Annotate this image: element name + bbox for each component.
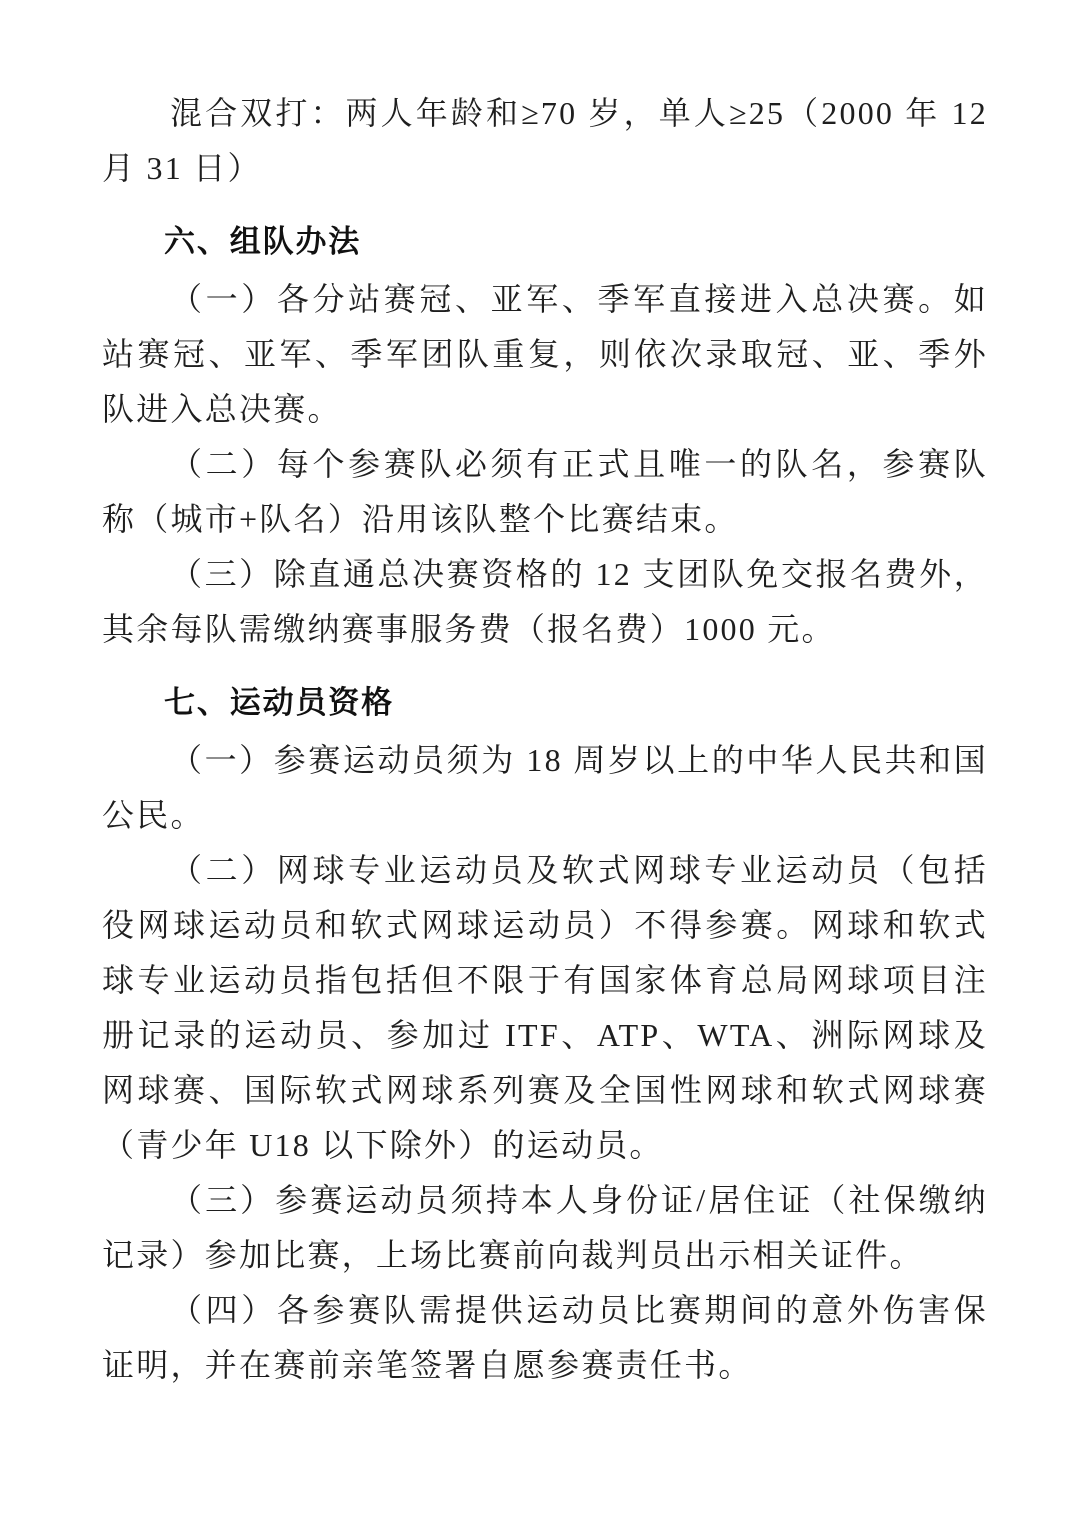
text-line: 公民。 xyxy=(102,788,988,843)
paragraph-mixed-doubles-rule: 混合双打：两人年龄和≥70 岁，单人≥25（2000 年 12 月 31 日） xyxy=(102,86,988,196)
text-line: 混合双打：两人年龄和≥70 岁，单人≥25（2000 年 12 xyxy=(102,86,988,141)
text-line: 役网球运动员和软式网球运动员）不得参赛。网球和软式网 xyxy=(102,898,988,953)
paragraph-team-rule-3: （三）除直通总决赛资格的 12 支团队免交报名费外， 其余每队需缴纳赛事服务费（… xyxy=(102,547,988,657)
text-line: 站赛冠、亚军、季军团队重复，则依次录取冠、亚、季外团 xyxy=(102,327,988,382)
paragraph-athlete-rule-1: （一）参赛运动员须为 18 周岁以上的中华人民共和国 公民。 xyxy=(102,733,988,843)
text-line: （青少年 U18 以下除外）的运动员。 xyxy=(102,1118,988,1173)
paragraph-athlete-rule-4: （四）各参赛队需提供运动员比赛期间的意外伤害保险 证明，并在赛前亲笔签署自愿参赛… xyxy=(102,1283,988,1393)
paragraph-team-rule-1: （一）各分站赛冠、亚军、季军直接进入总决赛。如分 站赛冠、亚军、季军团队重复，则… xyxy=(102,272,988,437)
text-line: 队进入总决赛。 xyxy=(102,382,988,437)
text-line: （四）各参赛队需提供运动员比赛期间的意外伤害保险 xyxy=(102,1283,988,1338)
text-line: 其余每队需缴纳赛事服务费（报名费）1000 元。 xyxy=(102,602,988,657)
text-line: （二）每个参赛队必须有正式且唯一的队名，参赛队名 xyxy=(102,437,988,492)
paragraph-team-rule-2: （二）每个参赛队必须有正式且唯一的队名，参赛队名 称（城市+队名）沿用该队整个比… xyxy=(102,437,988,547)
text-line: （一）各分站赛冠、亚军、季军直接进入总决赛。如分 xyxy=(102,272,988,327)
text-line: 册记录的运动员、参加过 ITF、ATP、WTA、洲际网球及软式 xyxy=(102,1008,988,1063)
text-line: 证明，并在赛前亲笔签署自愿参赛责任书。 xyxy=(102,1338,988,1393)
paragraph-athlete-rule-2: （二）网球专业运动员及软式网球专业运动员（包括退 役网球运动员和软式网球运动员）… xyxy=(102,843,988,1173)
text-line: （三）除直通总决赛资格的 12 支团队免交报名费外， xyxy=(102,547,988,602)
text-line: （二）网球专业运动员及软式网球专业运动员（包括退 xyxy=(102,843,988,898)
text-line: （一）参赛运动员须为 18 周岁以上的中华人民共和国 xyxy=(102,733,988,788)
text-line: 球专业运动员指包括但不限于有国家体育总局网球项目注 xyxy=(102,953,988,1008)
section-heading-athlete-eligibility: 七、运动员资格 xyxy=(102,678,988,727)
text-line: 月 31 日） xyxy=(102,141,988,196)
text-line: 记录）参加比赛，上场比赛前向裁判员出示相关证件。 xyxy=(102,1228,988,1283)
text-line: 网球赛、国际软式网球系列赛及全国性网球和软式网球赛事 xyxy=(102,1063,988,1118)
document-page: 混合双打：两人年龄和≥70 岁，单人≥25（2000 年 12 月 31 日） … xyxy=(0,0,1080,1527)
text-line: 称（城市+队名）沿用该队整个比赛结束。 xyxy=(102,492,988,547)
section-heading-team-formation: 六、组队办法 xyxy=(102,217,988,266)
paragraph-athlete-rule-3: （三）参赛运动员须持本人身份证/居住证（社保缴纳 记录）参加比赛，上场比赛前向裁… xyxy=(102,1173,988,1283)
text-line: （三）参赛运动员须持本人身份证/居住证（社保缴纳 xyxy=(102,1173,988,1228)
